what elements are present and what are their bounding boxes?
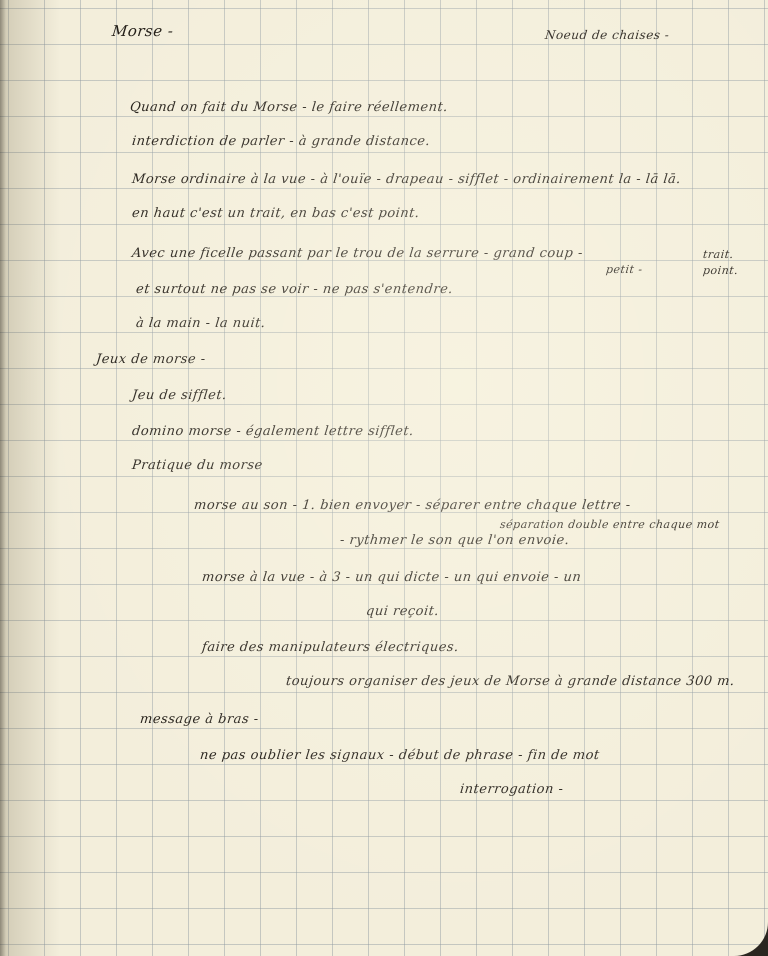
note-line: morse à la vue - à 3 - un qui dicte - un… [201,570,582,585]
notebook-page: Morse - Noeud de chaises - Quand on fait… [0,0,768,956]
note-line: à la main - la nuit. [135,316,266,331]
note-line: en haut c'est un trait, en bas c'est poi… [131,206,420,221]
page-subtitle: Noeud de chaises - [544,28,670,42]
note-line: et surtout ne pas se voir - ne pas s'ent… [135,282,453,297]
note-line: Avec une ficelle passant par le trou de … [131,246,583,261]
note-annotation: petit - [605,263,643,276]
note-line: toujours organiser des jeux de Morse à g… [285,674,735,689]
note-line: ne pas oublier les signaux - début de ph… [199,748,600,763]
note-annotation: trait. [702,248,734,261]
note-line: faire des manipulateurs électriques. [201,640,459,655]
note-annotation: séparation double entre chaque mot [499,518,720,531]
note-line: Morse ordinaire à la vue - à l'ouïe - dr… [131,172,681,187]
page-title: Morse - [111,22,174,40]
note-line: interdiction de parler - à grande distan… [131,134,431,149]
note-line: Jeu de sifflet. [131,388,227,403]
section-heading: Jeux de morse - [95,352,206,367]
section-heading: message à bras - [139,712,259,727]
note-line: morse au son - 1. bien envoyer - séparer… [193,498,631,513]
note-line: qui reçoit. [365,604,440,619]
note-annotation: point. [702,264,739,277]
note-line: Quand on fait du Morse - le faire réelle… [129,100,448,115]
note-line: - rythmer le son que l'on envoie. [339,533,570,548]
section-heading: Pratique du morse [131,458,263,473]
note-line: domino morse - également lettre sifflet. [131,424,414,439]
note-line: interrogation - [459,782,564,797]
